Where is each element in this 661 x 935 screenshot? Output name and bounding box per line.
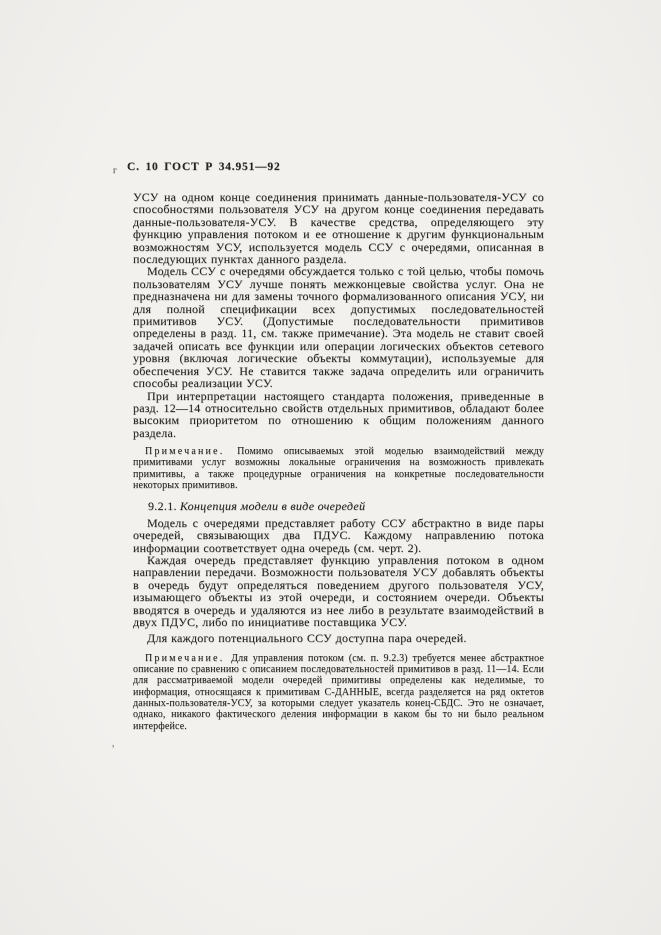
body-paragraph-1: УСУ на одном конце соединения принимать … [133,191,544,265]
body-paragraph-6: Для каждого потенциального ССУ доступна … [133,632,544,644]
body-paragraph-4: Модель с очередями представляет работу С… [133,517,544,554]
section-number: 9.2.1. [148,499,177,513]
scanned-document-page: г С. 10 ГОСТ Р 34.951—92 УСУ на одном ко… [0,0,661,935]
note-2-text: Для управления потоком (см. п. 9.2.3) тр… [133,653,544,732]
note-2-label: Примечание. [145,653,226,664]
page-and-standard-label: С. 10 ГОСТ Р 34.951—92 [127,161,281,173]
running-header: г С. 10 ГОСТ Р 34.951—92 [127,161,544,173]
body-paragraph-2: Модель ССУ с очередями обсуждается тольк… [133,265,544,389]
note-1: Примечание. Помимо описываемых этой моде… [133,446,544,491]
body-paragraph-3: При интерпретации настоящего стандарта п… [133,390,544,440]
section-title: Концепция модели в виде очередей [180,499,366,513]
scan-artifact-bottom: , [112,738,114,748]
section-heading-9-2-1: 9.2.1. Концепция модели в виде очередей [133,500,544,512]
text-column: г С. 10 ГОСТ Р 34.951—92 УСУ на одном ко… [133,161,544,732]
note-2: Примечание. Для управления потоком (см. … [133,653,544,732]
body-paragraph-5: Каждая очередь представляет функцию упра… [133,554,544,628]
scan-artifact-top: г [113,164,117,176]
note-1-label: Примечание. [145,446,226,457]
